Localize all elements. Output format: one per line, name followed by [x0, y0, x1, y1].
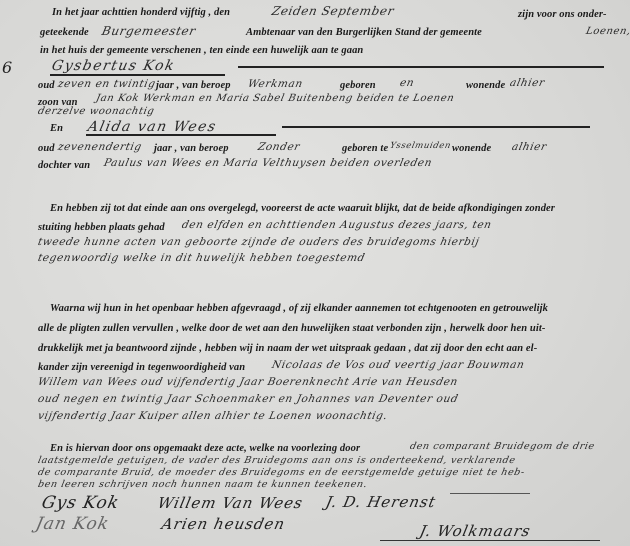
intro-line-1: In het jaar achttien honderd vijftig , d…	[52, 7, 230, 18]
groom-residence-label: wonende	[466, 80, 505, 91]
groom-parents-residence: derzelve woonachtig	[37, 106, 156, 117]
bride-name-underline	[86, 134, 276, 136]
official-title: Burgemeester	[101, 24, 198, 38]
bride-occupation-label: jaar , van beroep	[154, 143, 229, 154]
bride-residence: alhier	[511, 141, 548, 153]
signature-witness-arie: Arien heusden	[160, 515, 287, 533]
signature-father: Jan Kok	[34, 514, 111, 534]
signature-registrar: J. Wolkmaars	[418, 522, 533, 540]
vows-line-2: alle de pligten zullen vervullen , welke…	[38, 323, 545, 334]
witness-1: Nicolaas de Vos oud veertig jaar Bouwman	[271, 359, 526, 371]
bride-en-label: En	[50, 123, 63, 134]
bride-residence-label: wonende	[452, 143, 491, 154]
closing-line-3: de comparante Bruid, de moeder des Bruid…	[37, 467, 526, 478]
groom-occupation: Werkman	[247, 78, 304, 90]
proclamation-line-1: En hebben zij tot dat einde aan ons over…	[50, 203, 555, 214]
proclamation-line-3: tweede hunne acten van geboorte zijnde d…	[37, 236, 481, 248]
intro-line-1-end: zijn voor ons onder-	[518, 9, 607, 20]
vows-line-4-label: kander zijn vereenigd in tegenwoordighei…	[38, 362, 245, 373]
bride-age-label: oud	[38, 143, 55, 154]
separator-rule	[238, 66, 604, 68]
signature-witness-willem: Willem Van Wees	[156, 494, 305, 512]
groom-name-underline	[50, 74, 225, 76]
bride-occupation: Zonder	[257, 141, 301, 153]
proclamation-line-2-label: stuiting hebben plaats gehad	[38, 222, 165, 233]
intro-line-2-label: geteekende	[40, 27, 89, 38]
municipality-name: Loenen,	[585, 26, 630, 37]
groom-age-label: oud	[38, 80, 55, 91]
witness-4: vijfendertig Jaar Kuiper allen alhier te…	[37, 410, 389, 422]
closing-line-1-hand: den comparant Bruidegom de drie	[409, 441, 596, 452]
groom-born-place: en	[399, 77, 416, 89]
groom-residence: alhier	[509, 77, 546, 89]
registrar-underline	[380, 540, 600, 541]
groom-age: zeven en twintig	[57, 78, 157, 90]
witness-2: Willem van Wees oud vijfendertig Jaar Bo…	[37, 376, 459, 388]
closing-line-1: En is hiervan door ons opgemaakt deze ac…	[50, 443, 360, 454]
witness-3: oud negen en twintig Jaar Schoenmaker en…	[37, 393, 460, 405]
bride-parents: Paulus van Wees en Maria Velthuysen beid…	[103, 157, 434, 169]
signature-flourish	[450, 493, 530, 494]
bride-age: zevenendertig	[57, 141, 143, 153]
bride-name: Alida van Wees	[86, 119, 218, 135]
groom-occupation-label: jaar , van beroep	[156, 80, 231, 91]
signature-witness-herenst: J. D. Herenst	[324, 493, 438, 511]
vows-line-1: Waarna wij hun in het openbaar hebben af…	[50, 303, 548, 314]
signature-groom: Gys Kok	[40, 493, 121, 513]
scanned-marriage-record: 6 In het jaar achttien honderd vijftig ,…	[0, 0, 630, 546]
bride-born-label: geboren te	[342, 143, 388, 154]
closing-line-2: laatstgemelde getuigen, de vader des Bru…	[37, 455, 517, 466]
bride-parents-label: dochter van	[38, 160, 90, 171]
proclamation-dates: den elfden en achttienden Augustus dezes…	[181, 219, 493, 231]
proclamation-line-4: tegenwoordig welke in dit huwelijk hebbe…	[37, 252, 367, 264]
vows-line-3: drukkelijk met ja beantwoord zijnde , he…	[38, 343, 537, 354]
marriage-date: Zeiden September	[271, 4, 396, 18]
groom-born-label: geboren	[340, 80, 376, 91]
intro-line-3: in het huis der gemeente verschenen , te…	[40, 45, 363, 56]
intro-line-2: Ambtenaar van den Burgerlijken Stand der…	[246, 27, 482, 38]
groom-parents: Jan Kok Werkman en Maria Sabel Buitenben…	[95, 93, 455, 104]
separator-rule-2	[282, 126, 590, 128]
bride-born-place: Ysselmuiden	[389, 141, 452, 151]
groom-name: Gysbertus Kok	[50, 58, 176, 74]
closing-line-4: ben leeren schrijven noch hunnen naam te…	[37, 479, 369, 490]
record-number: 6	[2, 58, 12, 77]
